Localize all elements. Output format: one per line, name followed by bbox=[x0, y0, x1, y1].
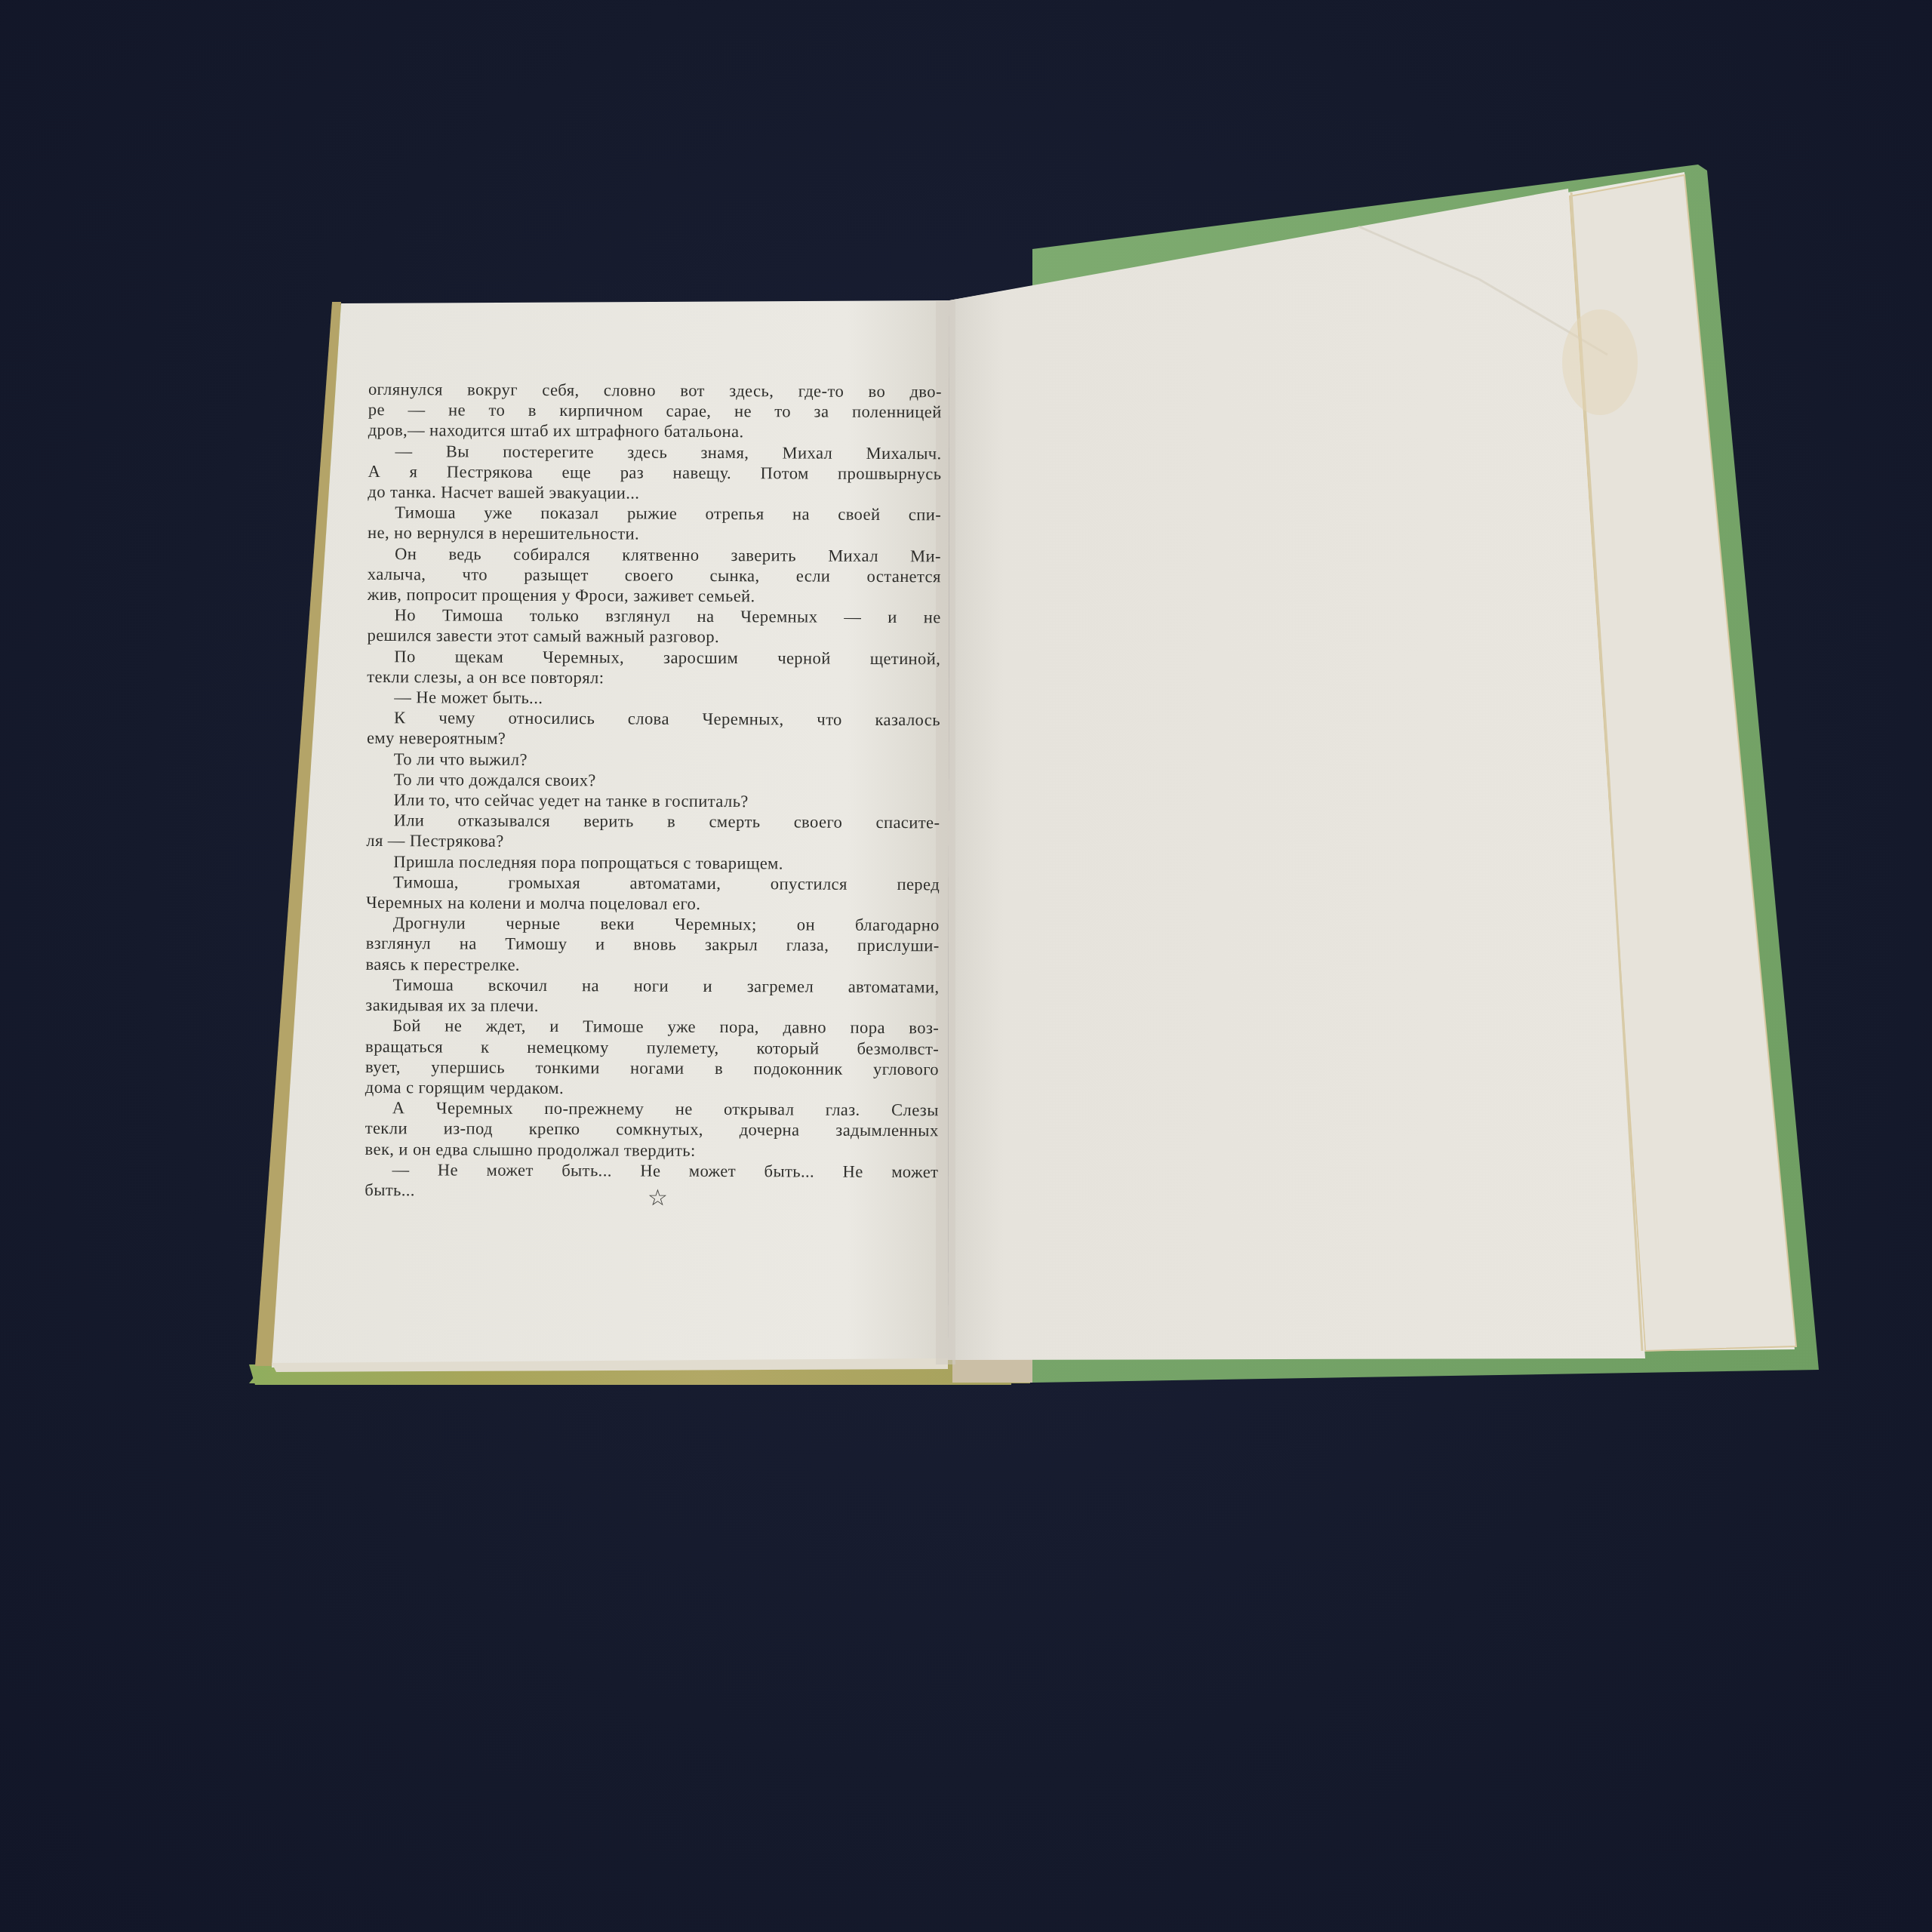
text-line: Дрогнули черные веки Черемных; он благод… bbox=[366, 912, 940, 936]
right-page bbox=[948, 189, 1645, 1360]
paper-stain bbox=[1562, 309, 1638, 415]
text-line: Бой не ждет, и Тимоше уже пора, давно по… bbox=[365, 1015, 939, 1038]
text-line: — Вы постерегите здесь знамя, Михал Миха… bbox=[368, 441, 942, 464]
text-line: То ли что выжил? bbox=[367, 749, 940, 772]
text-line: Или отказывался верить в смерть своего с… bbox=[366, 810, 940, 833]
text-line: Черемных на колени и молча поцеловал его… bbox=[366, 892, 940, 915]
text-line: А Черемных по-прежнему не открывал глаз.… bbox=[365, 1097, 939, 1121]
text-line: Тимоша, громыхая автоматами, опустился п… bbox=[366, 872, 940, 895]
text-line: ему невероятным? bbox=[367, 728, 940, 751]
text-line: По щекам Черемных, заросшим черной щетин… bbox=[367, 646, 940, 669]
text-line: Но Тимоша только взглянул на Черемных — … bbox=[368, 605, 941, 628]
text-line: — Не может быть... Не может быть... Не м… bbox=[365, 1159, 938, 1183]
text-line: вращаться к немецкому пулемету, который … bbox=[365, 1035, 939, 1059]
text-line: век, и он едва слышно продолжал твердить… bbox=[365, 1139, 938, 1162]
text-line: ваясь к перестрелке. bbox=[366, 954, 940, 977]
star-outline-icon: ☆ bbox=[648, 1185, 668, 1211]
text-line: не, но вернулся в нерешительности. bbox=[368, 522, 941, 546]
text-line: вует, упершись тонкими ногами в подоконн… bbox=[365, 1057, 939, 1080]
text-line: жив, попросит прощения у Фроси, заживет … bbox=[368, 584, 941, 608]
book-scene bbox=[0, 0, 1932, 1932]
text-line: А я Пестрякова еще раз навещу. Потом про… bbox=[368, 461, 941, 485]
text-line: решился завести этот самый важный разгов… bbox=[367, 625, 940, 648]
text-line: То ли что дождался своих? bbox=[367, 769, 940, 792]
text-line: оглянулся вокруг себя, словно вот здесь,… bbox=[368, 379, 942, 402]
text-line: ре — не то в кирпичном сарае, не то за п… bbox=[368, 399, 942, 423]
text-line: текли слезы, а он все повторял: bbox=[367, 666, 940, 690]
text-line: Пришла последняя пора попрощаться с това… bbox=[366, 851, 940, 875]
spine-cloth bbox=[952, 1358, 1032, 1383]
text-line: Он ведь собирался клятвенно заверить Мих… bbox=[368, 543, 941, 567]
text-line: халыча, что разыщет своего сынка, если о… bbox=[368, 564, 941, 587]
text-line: дров,— находится штаб их штрафного батал… bbox=[368, 420, 942, 443]
text-line: Тимоша вскочил на ноги и загремел автома… bbox=[365, 974, 939, 998]
text-line: — Не может быть... bbox=[367, 687, 940, 710]
text-line: Тимоша уже показал рыжие отрепья на свое… bbox=[368, 502, 941, 525]
text-line: закидывая их за плечи. bbox=[365, 995, 939, 1018]
text-line: Или то, что сейчас уедет на танке в госп… bbox=[367, 789, 940, 813]
text-line: дома с горящим чердаком. bbox=[365, 1077, 939, 1100]
text-line: текли из-под крепко сомкнутых, дочерна з… bbox=[365, 1118, 939, 1141]
text-line: ля — Пестрякова? bbox=[366, 830, 940, 854]
left-page-text: оглянулся вокруг себя, словно вот здесь,… bbox=[365, 379, 942, 1202]
text-line: взглянул на Тимошу и вновь закрыл глаза,… bbox=[366, 933, 940, 956]
text-line: до танка. Насчет вашей эвакуации... bbox=[368, 481, 941, 505]
text-line: К чему относились слова Черемных, что ка… bbox=[367, 707, 940, 731]
